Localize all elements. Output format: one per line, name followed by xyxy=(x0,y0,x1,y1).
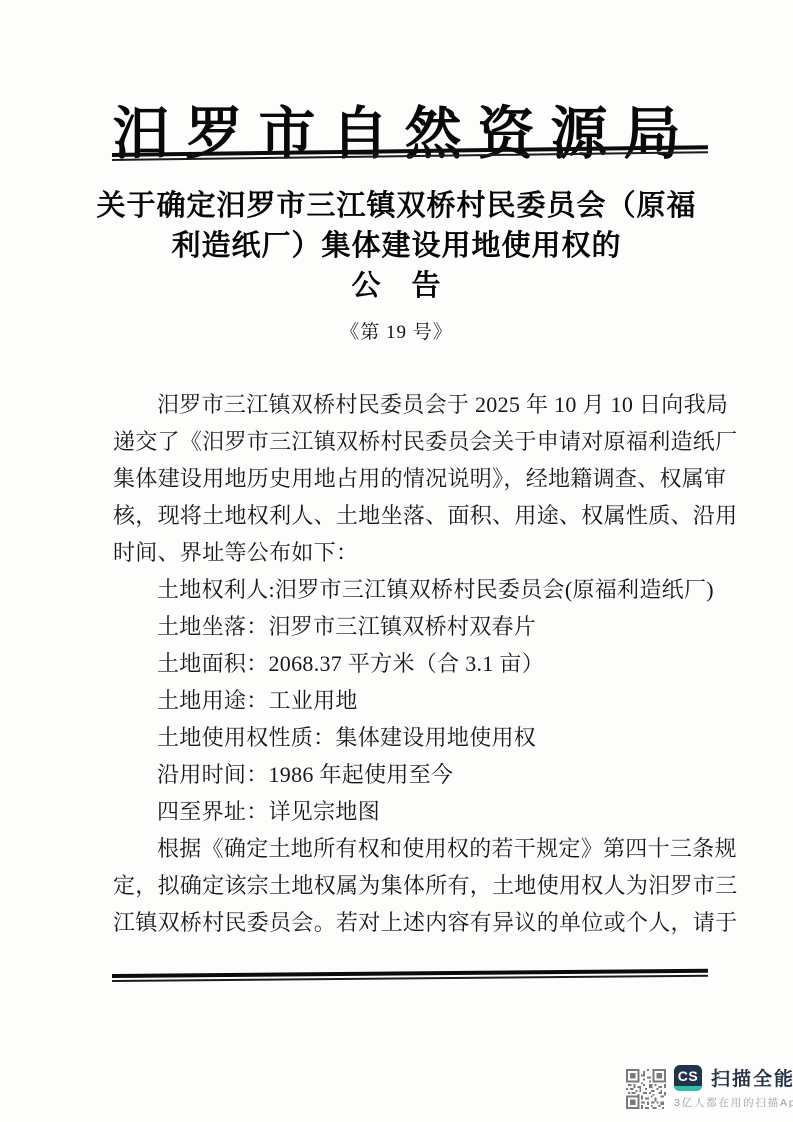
body-line-boundary: 四至界址：详见宗地图 xyxy=(113,793,691,830)
camscanner-tagline: 3亿人都在用的扫描App xyxy=(674,1095,793,1110)
body-line-land-owner: 土地权利人:汨罗市三江镇双桥村民委员会(原福利造纸厂) xyxy=(113,571,691,608)
qr-code-icon xyxy=(626,1068,666,1110)
body-line: 集体建设用地历史用地占用的情况说明》，经地籍调查、权属审 xyxy=(113,460,691,497)
body-line: 根据《确定土地所有权和使用权的若干规定》第四十三条规 xyxy=(113,830,691,867)
camscanner-logo-teal-bar xyxy=(674,1086,702,1091)
notice-title-line-2: 利造纸厂）集体建设用地使用权的 xyxy=(0,226,793,266)
notice-body: 汨罗市三江镇双桥村民委员会于 2025 年 10 月 10 日向我局 递交了《汨… xyxy=(113,386,691,941)
notice-title-line-1: 关于确定汨罗市三江镇双桥村民委员会（原福 xyxy=(0,186,793,226)
camscanner-logo-icon: CS xyxy=(674,1065,702,1091)
body-line-land-use: 土地用途：工业用地 xyxy=(113,682,691,719)
body-line-land-area: 土地面积：2068.37 平方米（合 3.1 亩） xyxy=(113,645,691,682)
body-line: 递交了《汨罗市三江镇双桥村民委员会关于申请对原福利造纸厂 xyxy=(113,423,691,460)
body-line: 汨罗市三江镇双桥村民委员会于 2025 年 10 月 10 日向我局 xyxy=(113,386,691,423)
camscanner-watermark: CS 扫描全能王 3亿人都在用的扫描App xyxy=(626,1062,793,1114)
footer-divider xyxy=(112,969,708,982)
body-line: 时间、界址等公布如下： xyxy=(113,534,691,571)
camscanner-brand-name: 扫描全能王 xyxy=(711,1064,793,1091)
body-line: 定，拟确定该宗土地权属为集体所有，土地使用权人为汨罗市三 xyxy=(113,867,691,904)
body-line-land-location: 土地坐落：汨罗市三江镇双桥村双春片 xyxy=(113,608,691,645)
body-line-usage-time: 沿用时间：1986 年起使用至今 xyxy=(113,756,691,793)
camscanner-branding: CS 扫描全能王 3亿人都在用的扫描App xyxy=(674,1064,793,1110)
scanned-document-page: 汨罗市自然资源局 关于确定汨罗市三江镇双桥村民委员会（原福 利造纸厂）集体建设用… xyxy=(0,0,793,1122)
document-number: 《第 19 号》 xyxy=(0,317,793,344)
body-line: 核，现将土地权利人、土地坐落、面积、用途、权属性质、沿用 xyxy=(113,497,691,534)
body-line: 江镇双桥村民委员会。若对上述内容有异议的单位或个人，请于 xyxy=(113,904,691,941)
notice-title: 关于确定汨罗市三江镇双桥村民委员会（原福 利造纸厂）集体建设用地使用权的 公 告 xyxy=(0,186,793,306)
camscanner-logo-text: CS xyxy=(678,1068,698,1084)
notice-title-line-3: 公 告 xyxy=(0,266,793,306)
body-line-right-nature: 土地使用权性质：集体建设用地使用权 xyxy=(113,719,691,756)
